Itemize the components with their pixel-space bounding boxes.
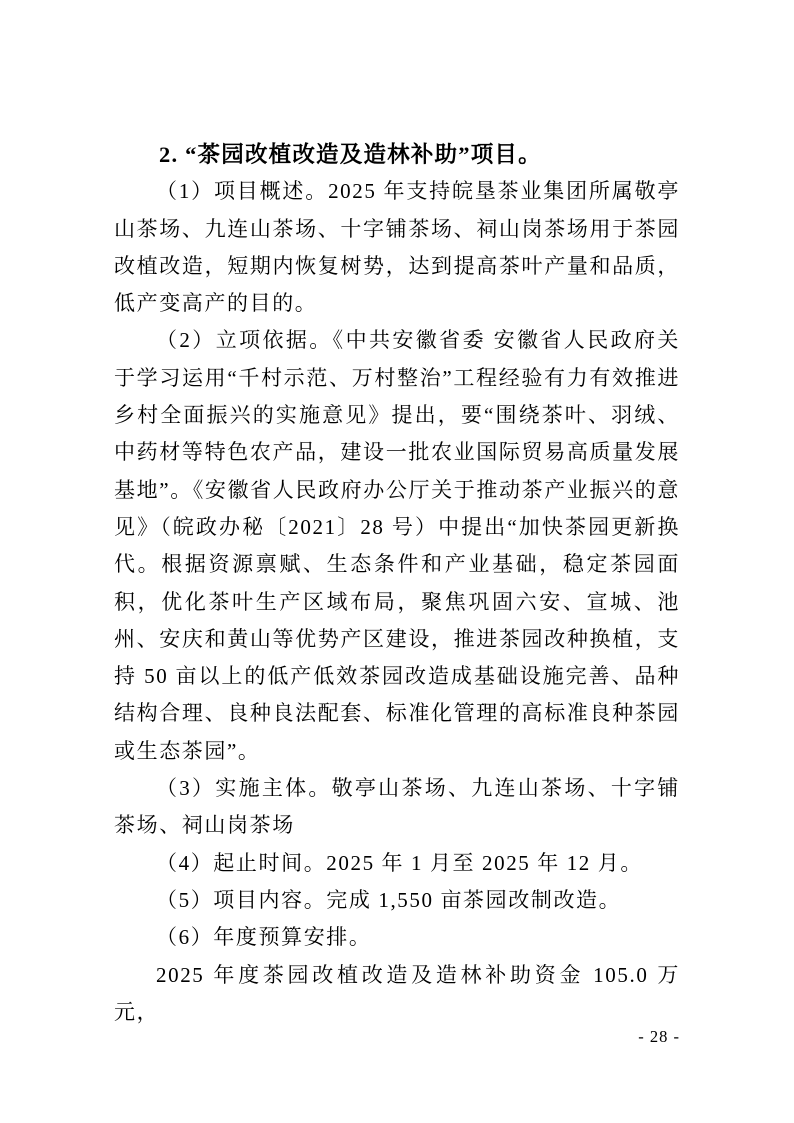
page-number: - 28 - [638,1027,680,1046]
paragraph-implementing-body: （3）实施主体。敬亭山茶场、九连山茶场、十字铺茶场、祠山岗茶场 [114,770,680,845]
paragraph-project-content: （5）项目内容。完成 1,550 亩茶园改制改造。 [114,882,680,919]
paragraph-project-basis: （2）立项依据。《中共安徽省委 安徽省人民政府关于学习运用“千村示范、万村整治”… [114,322,680,770]
paragraph-budget-amount: 2025 年度茶园改植改造及造林补助资金 105.0 万元， [114,957,680,1032]
paragraph-annual-budget: （6）年度预算安排。 [114,919,680,956]
page-footer: - 28 - [114,1027,680,1047]
document-body: 2. “茶园改植改造及造林补助”项目。 （1）项目概述。2025 年支持皖垦茶业… [114,136,680,1031]
paragraph-project-overview: （1）项目概述。2025 年支持皖垦茶业集团所属敬亭山茶场、九连山茶场、十字铺茶… [114,173,680,322]
paragraph-time-period: （4）起止时间。2025 年 1 月至 2025 年 12 月。 [114,845,680,882]
document-page: 2. “茶园改植改造及造林补助”项目。 （1）项目概述。2025 年支持皖垦茶业… [0,0,794,1123]
section-heading: 2. “茶园改植改造及造林补助”项目。 [114,136,680,173]
